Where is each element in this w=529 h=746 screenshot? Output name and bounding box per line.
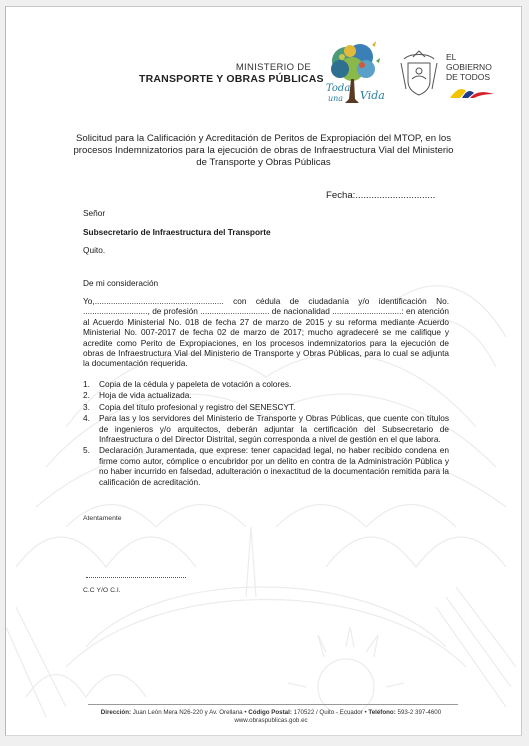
item-text: Copia del título profesional y registro … (99, 402, 295, 412)
ministry-line2: TRANSPORTE Y OBRAS PÚBLICAS (139, 73, 311, 85)
toda-una-vida-tree-logo-icon: Toda una Vida (322, 39, 388, 109)
item-number: 5. (83, 445, 90, 455)
closing: Atentamente (83, 515, 122, 522)
signature-label: C.C Y/O C.I. (83, 587, 121, 594)
svg-text:Vida: Vida (360, 89, 385, 102)
item-number: 4. (83, 413, 90, 423)
list-item: 4.Para las y los servidores del Minister… (83, 413, 449, 444)
svg-text:Toda: Toda (326, 83, 350, 94)
document-title: Solicitud para la Calificación y Acredit… (71, 133, 456, 170)
city: Quito. (83, 245, 105, 256)
postal-value: 170522 / Quito - Ecuador • (292, 709, 367, 716)
item-number: 2. (83, 390, 90, 400)
greeting: De mi consideración (83, 278, 158, 289)
requirements-list: 1.Copia de la cédula y papeleta de votac… (83, 379, 449, 488)
direccion-value: Juan León Mera N26-220 y Av. Orellana • (131, 709, 246, 716)
fecha-field: Fecha:.............................. (326, 190, 435, 201)
list-item: 1.Copia de la cédula y papeleta de votac… (83, 379, 449, 389)
gobierno-line-2: GOBIERNO (446, 62, 492, 72)
footer-address-line: Dirección: Juan León Mera N26-220 y Av. … (76, 709, 466, 717)
coat-of-arms-watermark-icon (6, 7, 521, 735)
ministry-line1: MINISTERIO DE (139, 62, 311, 73)
salutation: Señor (83, 208, 105, 219)
gobierno-line-1: EL (446, 52, 492, 62)
item-number: 1. (83, 379, 90, 389)
list-item: 5.Declaración Juramentada, que exprese: … (83, 445, 449, 487)
svg-text:una: una (328, 94, 343, 103)
recipient: Subsecretario de Infraestructura del Tra… (83, 227, 271, 238)
postal-label: Código Postal: (248, 709, 292, 716)
direccion-label: Dirección: (101, 709, 131, 716)
ministry-logo: MINISTERIO DE TRANSPORTE Y OBRAS PÚBLICA… (139, 62, 311, 85)
telefono-label: Teléfono: (368, 709, 395, 716)
item-text: Para las y los servidores del Ministerio… (99, 413, 449, 444)
telefono-value: 593-2 397-4600 (396, 709, 441, 716)
item-number: 3. (83, 402, 90, 412)
flag-swoosh-icon (450, 85, 494, 99)
list-item: 2.Hoja de vida actualizada. (83, 390, 449, 400)
gobierno-line-3: DE TODOS (446, 72, 492, 82)
footer-divider (88, 704, 458, 705)
website-link[interactable]: www.obraspublicas.gob.ec (76, 717, 466, 725)
signature-line (86, 577, 186, 578)
list-item: 3.Copia del título profesional y registr… (83, 402, 449, 412)
document-page: MINISTERIO DE TRANSPORTE Y OBRAS PÚBLICA… (5, 6, 522, 736)
ecuador-coat-of-arms-icon (398, 49, 440, 99)
request-body: Yo,.....................................… (83, 296, 449, 369)
item-text: Declaración Juramentada, que exprese: te… (99, 445, 449, 486)
footer: Dirección: Juan León Mera N26-220 y Av. … (76, 709, 466, 726)
item-text: Copia de la cédula y papeleta de votació… (99, 379, 291, 389)
gobierno-de-todos-logo: EL GOBIERNO DE TODOS (446, 52, 492, 82)
item-text: Hoja de vida actualizada. (99, 390, 192, 400)
